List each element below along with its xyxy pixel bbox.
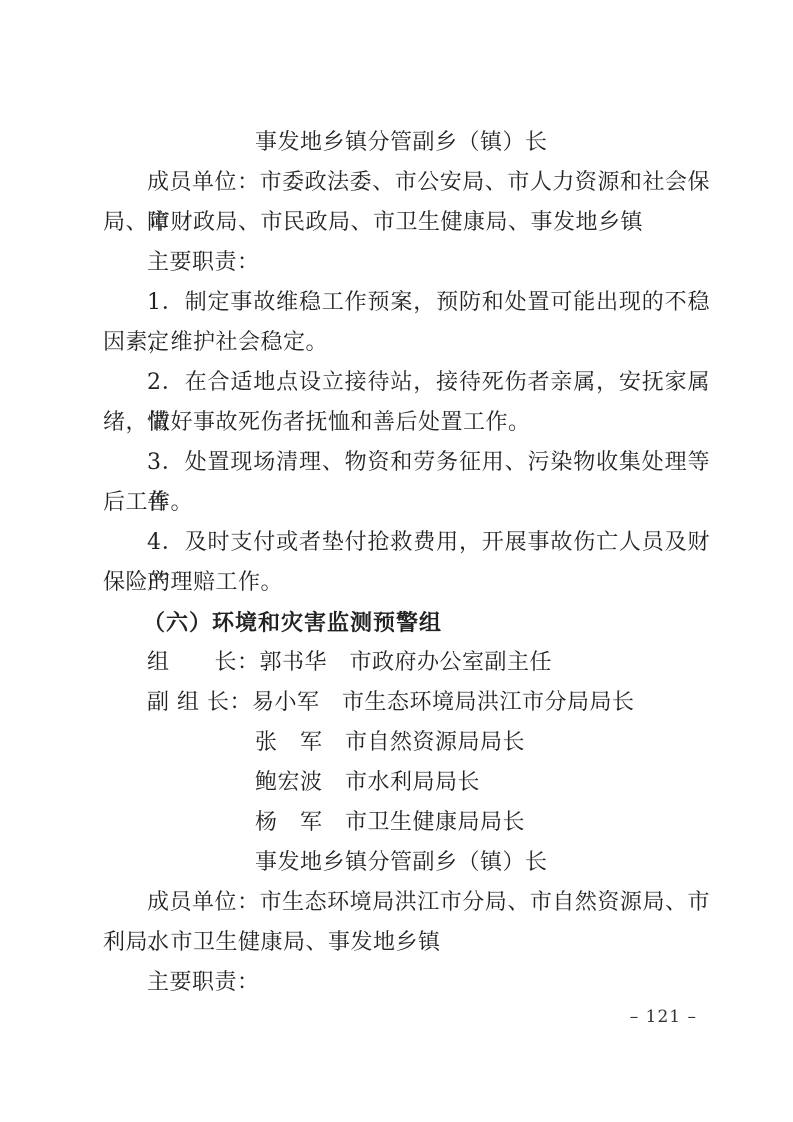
deputy-leader-1: 副 组 长：易小军 市生态环境局洪江市分局局长 <box>103 683 710 723</box>
duty-2-cont: 绪，做好事故死伤者抚恤和善后处置工作。 <box>103 403 710 443</box>
duty-1-cont: 因素，维护社会稳定。 <box>103 323 710 363</box>
deputy-leader-3: 鲍宏波 市水利局局长 <box>103 763 710 803</box>
member-units-cont: 局、市财政局、市民政局、市卫生健康局、事发地乡镇 <box>103 203 710 243</box>
deputy-leader-2: 张 军 市自然资源局局长 <box>103 723 710 763</box>
duty-4-cont: 保险的理赔工作。 <box>103 563 710 603</box>
duty-2-start: 2．在合适地点设立接待站，接待死伤者亲属，安抚家属情 <box>103 363 710 403</box>
document-page: 事发地乡镇分管副乡（镇）长成员单位：市委政法委、市公安局、市人力资源和社会保障局… <box>0 0 793 1122</box>
duty-1-start: 1．制定事故维稳工作预案，预防和处置可能出现的不稳定 <box>103 283 710 323</box>
section-6-heading: （六）环境和灾害监测预警组 <box>103 603 710 643</box>
member-units-2-start: 成员单位：市生态环境局洪江市分局、市自然资源局、市水 <box>103 883 710 923</box>
member-units-start: 成员单位：市委政法委、市公安局、市人力资源和社会保障 <box>103 163 710 203</box>
main-duties-label: 主要职责： <box>103 243 710 283</box>
deputy-leader-township-2: 事发地乡镇分管副乡（镇）长 <box>103 843 710 883</box>
duty-3-start: 3．处置现场清理、物资和劳务征用、污染物收集处理等善 <box>103 443 710 483</box>
main-duties-label-2: 主要职责： <box>103 963 710 1003</box>
document-body: 事发地乡镇分管副乡（镇）长成员单位：市委政法委、市公安局、市人力资源和社会保障局… <box>103 123 710 1003</box>
duty-3-cont: 后工作。 <box>103 483 710 523</box>
deputy-leader-township: 事发地乡镇分管副乡（镇）长 <box>103 123 710 163</box>
deputy-leader-4: 杨 军 市卫生健康局局长 <box>103 803 710 843</box>
page-number: – 121 – <box>630 1005 697 1029</box>
member-units-2-cont: 利局、市卫生健康局、事发地乡镇 <box>103 923 710 963</box>
group-leader: 组 长：郭书华 市政府办公室副主任 <box>103 643 710 683</box>
duty-4-start: 4．及时支付或者垫付抢救费用，开展事故伤亡人员及财产 <box>103 523 710 563</box>
